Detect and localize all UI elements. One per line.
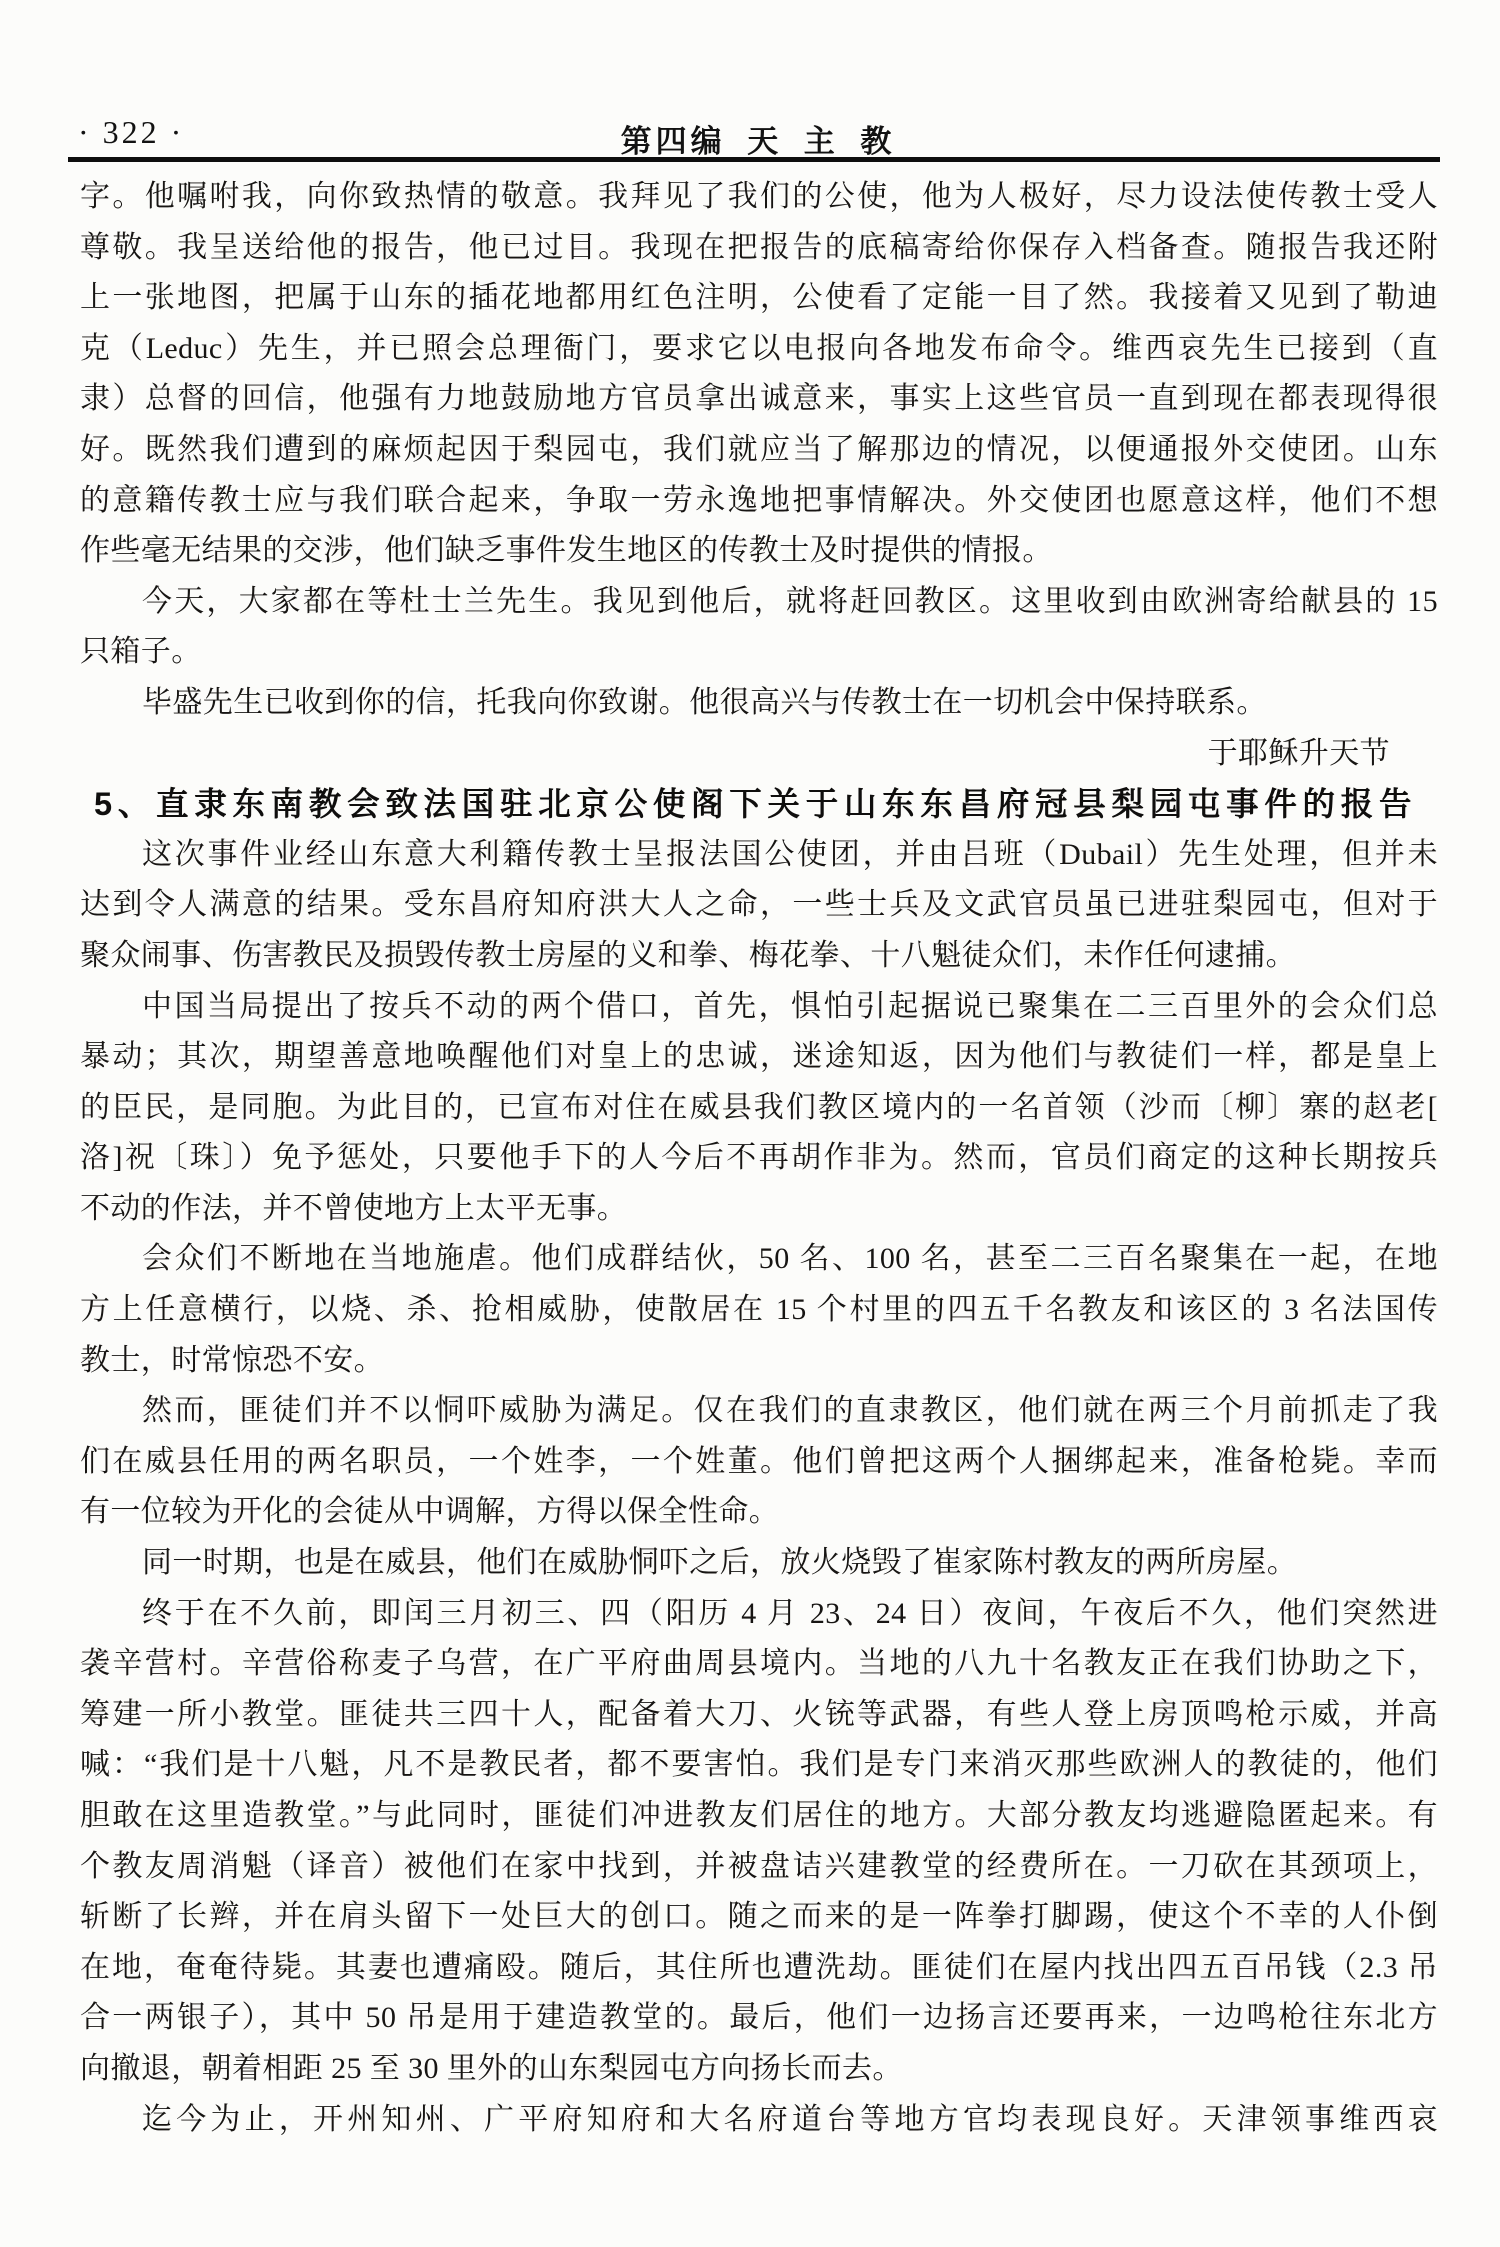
report-line: 中国当局提出了按兵不动的两个借口，首先，惧怕引起据说已聚集在二三百里外的会众们总: [80, 982, 1438, 1033]
letter-line: 只箱子。: [80, 627, 1438, 678]
report-line: 袭辛营村。辛营俗称麦子乌营，在广平府曲周县境内。当地的八九十名教友正在我们协助之…: [80, 1639, 1438, 1690]
report-line: 有一位较为开化的会徒从中调解，方得以保全性命。: [80, 1487, 1438, 1538]
document-body: 字。他嘱咐我，向你致热情的敬意。我拜见了我们的公使，他为人极好，尽力设法使传教士…: [80, 172, 1438, 2145]
page-header: · 322 · 第四编 天 主 教: [78, 110, 1438, 160]
letter-line: 克（Leduc）先生，并已照会总理衙门，要求它以电报向各地发布命令。维西哀先生已…: [80, 324, 1438, 375]
report-line: 向撤退，朝着相距 25 至 30 里外的山东梨园屯方向扬长而去。: [80, 2044, 1438, 2095]
report-line: 然而，匪徒们并不以恫吓威胁为满足。仅在我们的直隶教区，他们就在两三个月前抓走了我: [80, 1386, 1438, 1437]
report-line: 达到令人满意的结果。受东昌府知府洪大人之命，一些士兵及文武官员虽已进驻梨园屯，但…: [80, 880, 1438, 931]
report-line: 不动的作法，并不曾使地方上太平无事。: [80, 1184, 1438, 1235]
page-number: · 322 ·: [78, 114, 184, 151]
report-line: 个教友周消魁（译音）被他们在家中找到，并被盘诘兴建教堂的经费所在。一刀砍在其颈项…: [80, 1842, 1438, 1893]
report-line: 斩断了长辫，并在肩头留下一处巨大的创口。随之而来的是一阵拳打脚踢，使这个不幸的人…: [80, 1892, 1438, 1943]
report-line: 方上任意横行，以烧、杀、抢相威胁，使散居在 15 个村里的四五千名教友和该区的 …: [80, 1285, 1438, 1336]
report-line: 筹建一所小教堂。匪徒共三四十人，配备着大刀、火铳等武器，有些人登上房顶鸣枪示威，…: [80, 1690, 1438, 1741]
letter-line: 今天，大家都在等杜士兰先生。我见到他后，就将赶回教区。这里收到由欧洲寄给献县的 …: [80, 577, 1438, 628]
scanned-book-page: · 322 · 第四编 天 主 教 字。他嘱咐我，向你致热情的敬意。我拜见了我们…: [0, 0, 1500, 2247]
report-line: 聚众闹事、伤害教民及损毁传教士房屋的义和拳、梅花拳、十八魁徒众们，未作任何逮捕。: [80, 931, 1438, 982]
report-line: 的臣民，是同胞。为此目的，已宣布对住在威县我们教区境内的一名首领（沙而〔柳〕寨的…: [80, 1083, 1438, 1134]
report-title: 5、直隶东南教会致法国驻北京公使阁下关于山东东昌府冠县梨园屯事件的报告: [80, 779, 1438, 830]
letter-line: 作些毫无结果的交涉，他们缺乏事件发生地区的传教士及时提供的情报。: [80, 526, 1438, 577]
letter-line: 上一张地图，把属于山东的插花地都用红色注明，公使看了定能一目了然。我接着又见到了…: [80, 273, 1438, 324]
letter-line: 字。他嘱咐我，向你致热情的敬意。我拜见了我们的公使，他为人极好，尽力设法使传教士…: [80, 172, 1438, 223]
letter-line: 毕盛先生已收到你的信，托我向你致谢。他很高兴与传教士在一切机会中保持联系。: [80, 678, 1438, 729]
letter-line: 好。既然我们遭到的麻烦起因于梨园屯，我们就应当了解那边的情况，以便通报外交使团。…: [80, 425, 1438, 476]
letter-line: 的意籍传教士应与我们联合起来，争取一劳永逸地把事情解决。外交使团也愿意这样，他们…: [80, 476, 1438, 527]
section-title: 第四编 天 主 教: [621, 116, 896, 161]
header-divider: [68, 157, 1440, 162]
report-line: 洛]祝〔珠〕）免予惩处，只要他手下的人今后不再胡作非为。然而，官员们商定的这种长…: [80, 1133, 1438, 1184]
letter-line: 尊敬。我呈送给他的报告，他已过目。我现在把报告的底稿寄给你保存入档备查。随报告我…: [80, 223, 1438, 274]
letter-signature: 于耶稣升天节: [80, 729, 1438, 780]
report-line: 终于在不久前，即闰三月初三、四（阳历 4 月 23、24 日）夜间，午夜后不久，…: [80, 1589, 1438, 1640]
report-line: 胆敢在这里造教堂。”与此同时，匪徒们冲进教友们居住的地方。大部分教友均逃避隐匿起…: [80, 1791, 1438, 1842]
report-line: 暴动；其次，期望善意地唤醒他们对皇上的忠诚，迷途知返，因为他们与教徒们一样，都是…: [80, 1032, 1438, 1083]
report-line: 同一时期，也是在威县，他们在威胁恫吓之后，放火烧毁了崔家陈村教友的两所房屋。: [80, 1538, 1438, 1589]
letter-line: 隶）总督的回信，他强有力地鼓励地方官员拿出诚意来，事实上这些官员一直到现在都表现…: [80, 374, 1438, 425]
report-line: 迄今为止，开州知州、广平府知府和大名府道台等地方官均表现良好。天津领事维西哀: [80, 2095, 1438, 2146]
report-line: 在地，奄奄待毙。其妻也遭痛殴。随后，其住所也遭洗劫。匪徒们在屋内找出四五百吊钱（…: [80, 1943, 1438, 1994]
report-line: 会众们不断地在当地施虐。他们成群结伙，50 名、100 名，甚至二三百名聚集在一…: [80, 1234, 1438, 1285]
report-line: 喊：“我们是十八魁，凡不是教民者，都不要害怕。我们是专门来消灭那些欧洲人的教徒的…: [80, 1740, 1438, 1791]
report-line: 这次事件业经山东意大利籍传教士呈报法国公使团，并由吕班（Dubail）先生处理，…: [80, 830, 1438, 881]
report-line: 合一两银子），其中 50 吊是用于建造教堂的。最后，他们一边扬言还要再来，一边鸣…: [80, 1993, 1438, 2044]
report-line: 教士，时常惊恐不安。: [80, 1336, 1438, 1387]
report-line: 们在威县任用的两名职员，一个姓李，一个姓董。他们曾把这两个人捆绑起来，准备枪毙。…: [80, 1437, 1438, 1488]
